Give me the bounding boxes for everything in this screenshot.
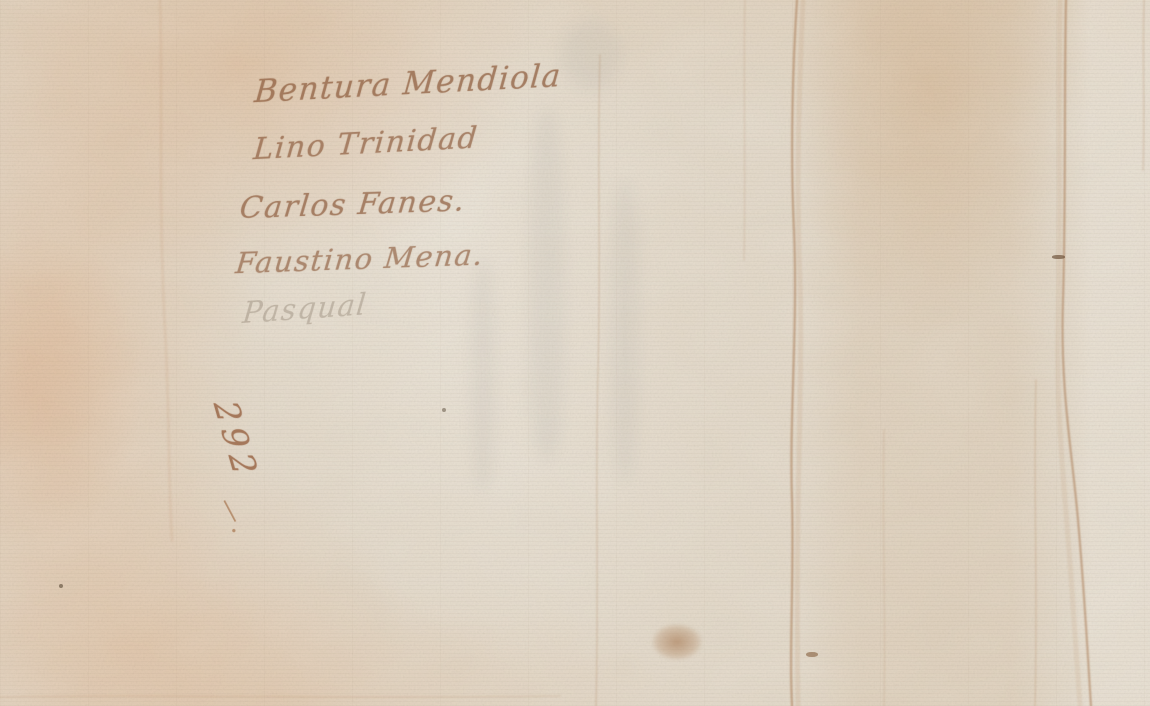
stain-spot [652, 624, 702, 660]
crease-line-faint-1 [744, 0, 745, 260]
handwritten-name-1: Bentura Mendiola [253, 58, 563, 110]
crease-line-center [596, 55, 600, 706]
manuscript-scan: Bentura Mendiola Lino Trinidad Carlos Fa… [0, 0, 1150, 706]
paper-mottling-texture [0, 0, 1150, 706]
ink-speck [1052, 255, 1065, 259]
ink-speck [442, 408, 446, 412]
crease-line-faint-2 [883, 430, 884, 706]
handwritten-name-3: Carlos Fanes. [238, 183, 468, 226]
paper-grain-texture [0, 0, 1150, 706]
rotated-archive-number: 292 [205, 398, 266, 483]
crease-line-right-edge [1143, 0, 1144, 170]
handwritten-name-4: Faustino Mena. [234, 237, 486, 280]
crease-lines-overlay [0, 0, 1150, 706]
bleedthrough-streak [472, 260, 494, 490]
archive-number-flourish: —. [212, 492, 256, 540]
crease-line-secondary-right [1035, 380, 1036, 706]
crease-line-bottom-horizontal [0, 696, 560, 697]
bleedthrough-streak [530, 110, 564, 460]
bleedthrough-streak [612, 180, 638, 480]
ink-speck [806, 652, 818, 657]
bleedthrough-streak [560, 20, 620, 90]
laid-paper-texture [0, 0, 1150, 706]
handwritten-name-2: Lino Trinidad [252, 120, 480, 167]
crease-line-main-left [791, 0, 797, 706]
crease-line-faint-left [160, 0, 172, 540]
ink-speck [59, 584, 63, 588]
crease-line-main-right [1063, 0, 1091, 706]
handwritten-name-5-faint: Pasqual [241, 287, 369, 330]
